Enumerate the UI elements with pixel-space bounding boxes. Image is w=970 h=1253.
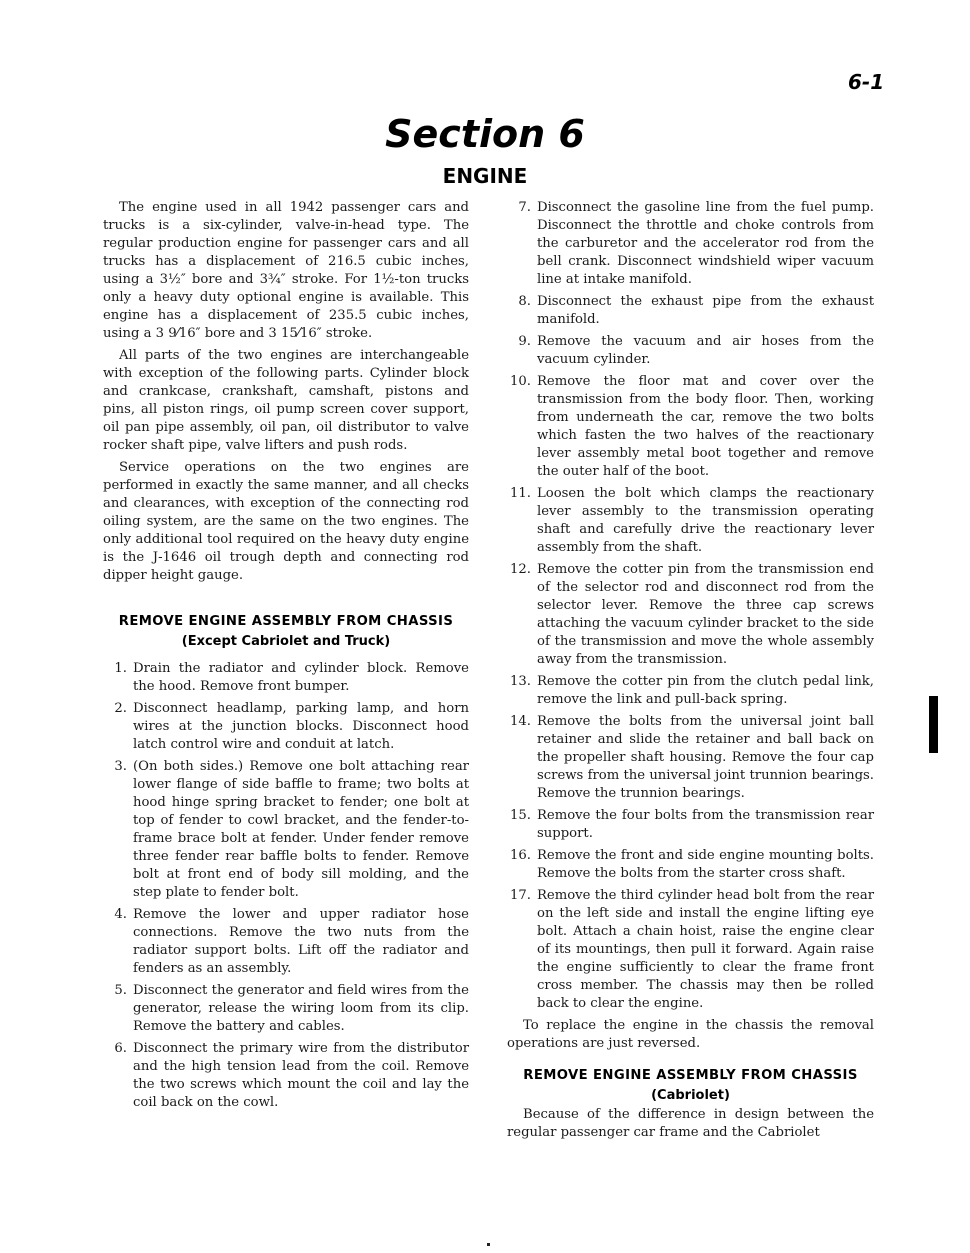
step-text: Remove the four bolts from the transmiss…: [537, 807, 874, 843]
step-number: 17.: [507, 887, 537, 1013]
step-text: Disconnect the exhaust pipe from the exh…: [537, 293, 874, 329]
step-number: 12.: [507, 561, 537, 669]
step-number: 7.: [507, 199, 537, 289]
step-text: Remove the cotter pin from the transmiss…: [537, 561, 874, 669]
step-item: 16.Remove the front and side engine moun…: [507, 847, 874, 883]
step-number: 16.: [507, 847, 537, 883]
step-number: 8.: [507, 293, 537, 329]
step-item: 8.Disconnect the exhaust pipe from the e…: [507, 293, 874, 329]
cabriolet-paragraph: Because of the difference in design betw…: [507, 1106, 874, 1142]
steps-list-left: 1.Drain the radiator and cylinder block.…: [103, 660, 469, 1112]
step-item: 14.Remove the bolts from the universal j…: [507, 713, 874, 803]
section-heading: REMOVE ENGINE ASSEMBLY FROM CHASSIS: [103, 611, 469, 632]
section-subheading: (Cabriolet): [507, 1086, 874, 1106]
step-number: 10.: [507, 373, 537, 481]
step-text: Remove the vacuum and air hoses from the…: [537, 333, 874, 369]
step-number: 6.: [103, 1040, 133, 1112]
step-item: 5.Disconnect the generator and field wir…: [103, 982, 469, 1036]
step-text: Disconnect the generator and field wires…: [133, 982, 469, 1036]
step-text: Disconnect the gasoline line from the fu…: [537, 199, 874, 289]
section-title: Section 6: [0, 112, 970, 156]
intro-paragraph: All parts of the two engines are interch…: [103, 347, 469, 455]
step-number: 15.: [507, 807, 537, 843]
step-item: 3.(On both sides.) Remove one bolt attac…: [103, 758, 469, 902]
step-number: 11.: [507, 485, 537, 557]
step-text: Remove the floor mat and cover over the …: [537, 373, 874, 481]
step-item: 7.Disconnect the gasoline line from the …: [507, 199, 874, 289]
step-number: 14.: [507, 713, 537, 803]
step-text: Remove the lower and upper radiator hose…: [133, 906, 469, 978]
page-mark-dot: [487, 1243, 490, 1246]
left-column: The engine used in all 1942 passenger ca…: [103, 199, 469, 1116]
step-item: 12.Remove the cotter pin from the transm…: [507, 561, 874, 669]
page-number: 6-1: [848, 70, 884, 94]
step-number: 4.: [103, 906, 133, 978]
step-number: 3.: [103, 758, 133, 902]
step-item: 11.Loosen the bolt which clamps the reac…: [507, 485, 874, 557]
step-text: Remove the cotter pin from the clutch pe…: [537, 673, 874, 709]
step-text: Remove the front and side engine mountin…: [537, 847, 874, 883]
section-subheading: (Except Cabriolet and Truck): [103, 632, 469, 652]
step-item: 9.Remove the vacuum and air hoses from t…: [507, 333, 874, 369]
step-number: 1.: [103, 660, 133, 696]
step-number: 2.: [103, 700, 133, 754]
step-text: Drain the radiator and cylinder block. R…: [133, 660, 469, 696]
step-item: 15.Remove the four bolts from the transm…: [507, 807, 874, 843]
step-number: 9.: [507, 333, 537, 369]
step-text: (On both sides.) Remove one bolt attachi…: [133, 758, 469, 902]
steps-list-right: 7.Disconnect the gasoline line from the …: [507, 199, 874, 1013]
step-item: 2.Disconnect headlamp, parking lamp, and…: [103, 700, 469, 754]
section-heading: REMOVE ENGINE ASSEMBLY FROM CHASSIS: [507, 1065, 874, 1086]
step-text: Remove the third cylinder head bolt from…: [537, 887, 874, 1013]
step-item: 1.Drain the radiator and cylinder block.…: [103, 660, 469, 696]
step-text: Loosen the bolt which clamps the reactio…: [537, 485, 874, 557]
intro-paragraph: The engine used in all 1942 passenger ca…: [103, 199, 469, 343]
right-column: 7.Disconnect the gasoline line from the …: [507, 199, 874, 1146]
step-text: Disconnect the primary wire from the dis…: [133, 1040, 469, 1112]
closing-paragraph: To replace the engine in the chassis the…: [507, 1017, 874, 1053]
step-item: 13.Remove the cotter pin from the clutch…: [507, 673, 874, 709]
section-subtitle: ENGINE: [0, 164, 970, 188]
step-item: 10.Remove the floor mat and cover over t…: [507, 373, 874, 481]
section-thumb-tab-marker: [929, 696, 938, 753]
step-text: Remove the bolts from the universal join…: [537, 713, 874, 803]
step-item: 17.Remove the third cylinder head bolt f…: [507, 887, 874, 1013]
step-text: Disconnect headlamp, parking lamp, and h…: [133, 700, 469, 754]
step-item: 4.Remove the lower and upper radiator ho…: [103, 906, 469, 978]
intro-paragraph: Service operations on the two engines ar…: [103, 459, 469, 585]
step-number: 5.: [103, 982, 133, 1036]
step-item: 6.Disconnect the primary wire from the d…: [103, 1040, 469, 1112]
step-number: 13.: [507, 673, 537, 709]
